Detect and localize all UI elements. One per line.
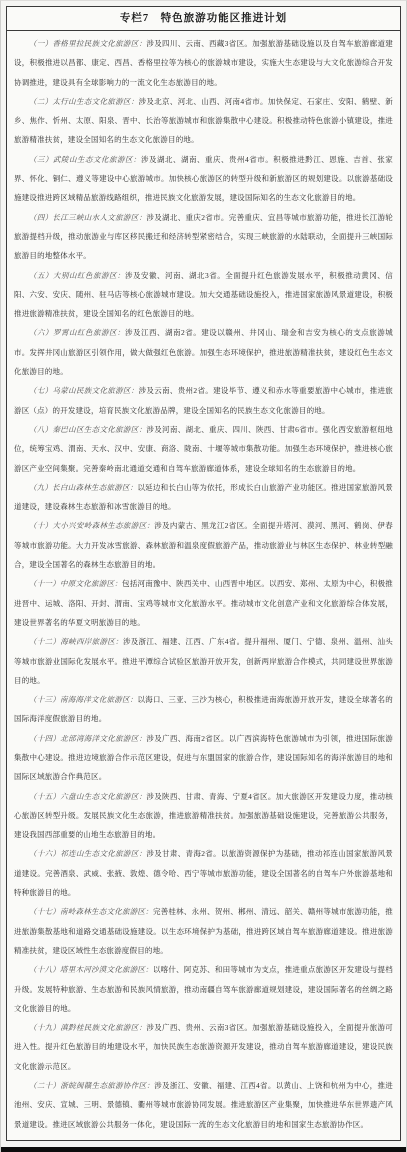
item-label: （一）香格里拉民族文化旅游区： <box>29 39 146 48</box>
plan-item: （二）太行山生态文化旅游区：涉及北京、河北、山西、河南4省市。加快保定、石家庄、… <box>14 92 393 150</box>
item-label: （九）长白山森林生态旅游区： <box>29 483 137 492</box>
item-label: （十二）海峡西岸旅游区： <box>29 637 123 646</box>
plan-item: （十六）祁连山生态文化旅游区：涉及甘肃、青海2省。以旅游资源保护为基础，推动祁连… <box>14 844 393 902</box>
item-label: （十七）南岭森林生态文化旅游区： <box>29 907 153 916</box>
plan-item: （十二）海峡西岸旅游区：涉及浙江、福建、江西、广东4省。提升福州、厦门、宁德、泉… <box>14 632 393 690</box>
item-label: （十四）北部湾海洋文化旅游区： <box>29 734 146 743</box>
plan-item: （十七）南岭森林生态文化旅游区：完善桂林、永州、贺州、郴州、清远、韶关、赣州等城… <box>14 902 393 960</box>
item-label: （十八）塔里木河沙漠文化旅游区： <box>29 965 153 974</box>
document-page: 专栏7 特色旅游功能区推进计划 （一）香格里拉民族文化旅游区：涉及四川、云南、西… <box>0 0 407 1152</box>
item-label: （三）武陵山生态文化旅游区： <box>29 155 141 164</box>
item-label: （二十）浙皖闽赣生态旅游协作区： <box>29 1081 154 1090</box>
page-bottom-edge <box>1 1147 407 1152</box>
plan-item: （十八）塔里木河沙漠文化旅游区：以喀什、阿克苏、和田等城市为支点，推进重点旅游区… <box>14 960 393 1018</box>
item-label: （五）大别山红色旅游区： <box>29 271 125 280</box>
item-label: （四）长江三峡山水人文旅游区： <box>29 213 146 222</box>
item-label: （十九）滇黔桂民族文化旅游区： <box>29 1023 146 1032</box>
item-label: （二）太行山生态文化旅游区： <box>29 97 139 106</box>
plan-item: （四）长江三峡山水人文旅游区：涉及湖北、重庆2省市。完善重庆、宜昌等城市旅游功能… <box>14 208 393 266</box>
plan-item: （十三）南海海洋文化旅游区：以海口、三亚、三沙为核心，积极推进南海旅游开放开发，… <box>14 690 393 729</box>
item-label: （十六）祁连山生态文化旅游区： <box>29 849 146 858</box>
item-label: （十三）南海海洋文化旅游区： <box>29 695 137 704</box>
item-label: （十）大小兴安岭森林生态旅游区： <box>29 521 154 530</box>
plan-item: （七）乌蒙山民族文化旅游区：涉及云南、贵州2省。建设毕节、遵义和赤水等重要旅游中… <box>14 381 393 420</box>
item-label: （六）罗霄山红色旅游区： <box>29 328 125 337</box>
plan-item: （十）大小兴安岭森林生态旅游区：涉及内蒙古、黑龙江2省区。全面提升塔河、漠河、黑… <box>14 516 393 574</box>
plan-item: （二十）浙皖闽赣生态旅游协作区：涉及浙江、安徽、福建、江西4省。以黄山、上饶和杭… <box>14 1076 393 1134</box>
item-label: （十五）六盘山生态文化旅游区： <box>29 792 146 801</box>
plan-item: （五）大别山红色旅游区：涉及安徽、河南、湖北3省。全面提升红色旅游发展水平，积极… <box>14 266 393 324</box>
plan-item: （十四）北部湾海洋文化旅游区：涉及广西、海南2省区。以广西滨海特色旅游城市为引领… <box>14 729 393 787</box>
plan-item: （三）武陵山生态文化旅游区：涉及湖北、湖南、重庆、贵州4省市。积极推进黔江、恩施… <box>14 150 393 208</box>
plan-item: （十九）滇黔桂民族文化旅游区：涉及广西、贵州、云南3省区。加强旅游基础设施投入，… <box>14 1018 393 1076</box>
item-label: （七）乌蒙山民族文化旅游区： <box>29 386 139 395</box>
plan-items: （一）香格里拉民族文化旅游区：涉及四川、云南、西藏3省区。加强旅游基础设施以及自… <box>14 33 393 1134</box>
plan-item: （八）秦巴山区生态文化旅游区：涉及河南、湖北、重庆、四川、陕西、甘肃6省市。强化… <box>14 420 393 478</box>
plan-box: 专栏7 特色旅游功能区推进计划 （一）香格里拉民族文化旅游区：涉及四川、云南、西… <box>6 6 401 1141</box>
page-title: 专栏7 特色旅游功能区推进计划 <box>7 7 400 31</box>
plan-item: （十一）中原文化旅游区：包括河南豫中、陕西关中、山西晋中地区。以西安、郑州、太原… <box>14 574 393 632</box>
plan-item: （九）长白山森林生态旅游区：以延边和长白山等为依托，形成长白山旅游产业功能区。推… <box>14 478 393 517</box>
plan-item: （六）罗霄山红色旅游区：涉及江西、湖南2省。建设以赣州、井冈山、瑞金和吉安为核心… <box>14 323 393 381</box>
plan-item: （十五）六盘山生态文化旅游区：涉及陕西、甘肃、青海、宁夏4省区。加大旅游区开发建… <box>14 787 393 845</box>
item-label: （八）秦巴山区生态文化旅游区： <box>29 425 146 434</box>
plan-item: （一）香格里拉民族文化旅游区：涉及四川、云南、西藏3省区。加强旅游基础设施以及自… <box>14 34 393 92</box>
item-label: （十一）中原文化旅游区： <box>29 579 122 588</box>
